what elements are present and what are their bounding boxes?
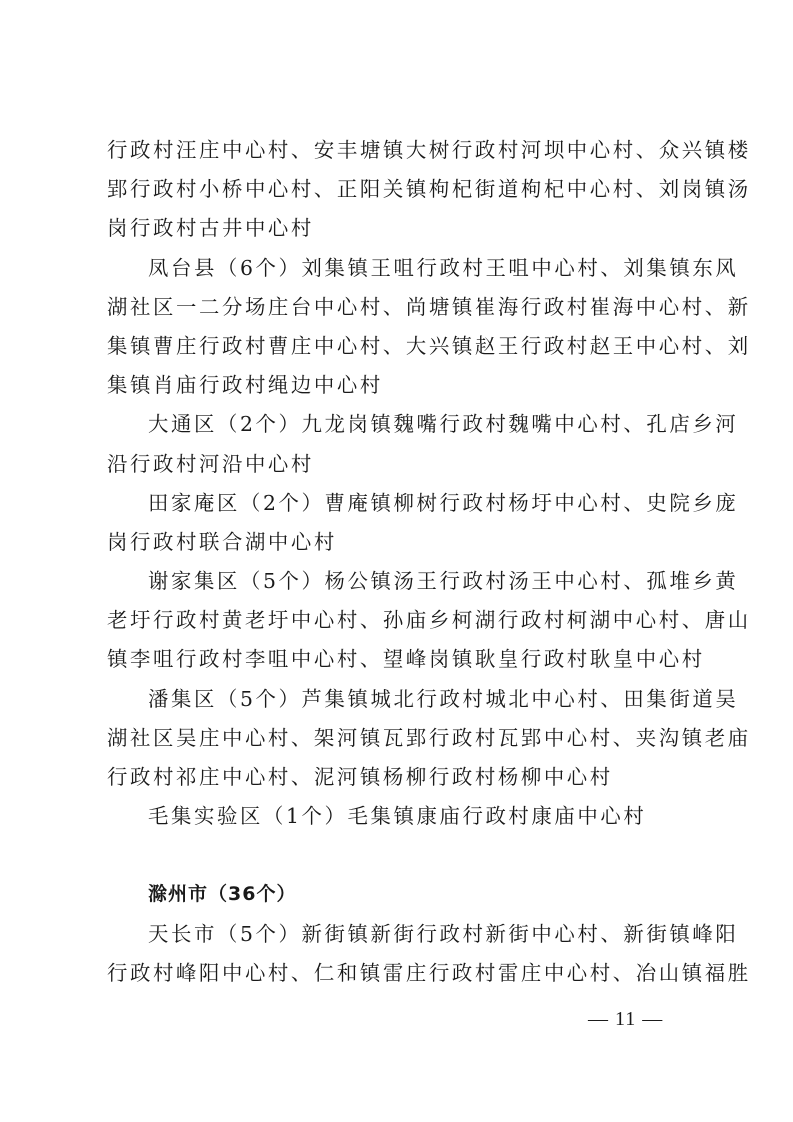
document-page: 行政村汪庄中心村、安丰塘镇大树行政村河坝中心村、众兴镇楼 郢行政村小桥中心村、正… [107,131,691,993]
text-line: 行政村汪庄中心村、安丰塘镇大树行政村河坝中心村、众兴镇楼 [107,131,691,170]
text-line: 集镇肖庙行政村绳边中心村 [107,366,691,405]
text-line: 镇李咀行政村李咀中心村、望峰岗镇耿皇行政村耿皇中心村 [107,640,691,679]
text-line: 岗行政村古井中心村 [107,209,691,248]
text-line: 郢行政村小桥中心村、正阳关镇枸杞街道枸杞中心村、刘岗镇汤 [107,170,691,209]
text-line: 湖社区吴庄中心村、架河镇瓦郢行政村瓦郢中心村、夹沟镇老庙 [107,719,691,758]
paragraph-start-tianchang: 天长市（5个）新街镇新街行政村新街中心村、新街镇峰阳 [107,915,691,954]
text-line: 集镇曹庄行政村曹庄中心村、大兴镇赵王行政村赵王中心村、刘 [107,327,691,366]
text-line: 沿行政村河沿中心村 [107,445,691,484]
paragraph-start-datong: 大通区（2个）九龙岗镇魏嘴行政村魏嘴中心村、孔店乡河 [107,405,691,444]
paragraph-start-fengtai: 凤台县（6个）刘集镇王咀行政村王咀中心村、刘集镇东风 [107,249,691,288]
text-line: 老圩行政村黄老圩中心村、孙庙乡柯湖行政村柯湖中心村、唐山 [107,601,691,640]
page-number: — 11 — [588,1008,663,1031]
text-line: 行政村祁庄中心村、泥河镇杨柳行政村杨柳中心村 [107,758,691,797]
paragraph-start-panji: 潘集区（5个）芦集镇城北行政村城北中心村、田集街道吴 [107,680,691,719]
text-line: 湖社区一二分场庄台中心村、尚塘镇崔海行政村崔海中心村、新 [107,288,691,327]
section-heading: 滁州市（36个） [107,875,691,914]
paragraph-start-maoji: 毛集实验区（1个）毛集镇康庙行政村康庙中心村 [107,797,691,836]
section-gap [107,836,691,875]
paragraph-start-xiejiaji: 谢家集区（5个）杨公镇汤王行政村汤王中心村、孤堆乡黄 [107,562,691,601]
paragraph-start-tianjiaan: 田家庵区（2个）曹庵镇柳树行政村杨圩中心村、史院乡庞 [107,484,691,523]
text-line: 行政村峰阳中心村、仁和镇雷庄行政村雷庄中心村、冶山镇福胜 [107,954,691,993]
text-line: 岗行政村联合湖中心村 [107,523,691,562]
